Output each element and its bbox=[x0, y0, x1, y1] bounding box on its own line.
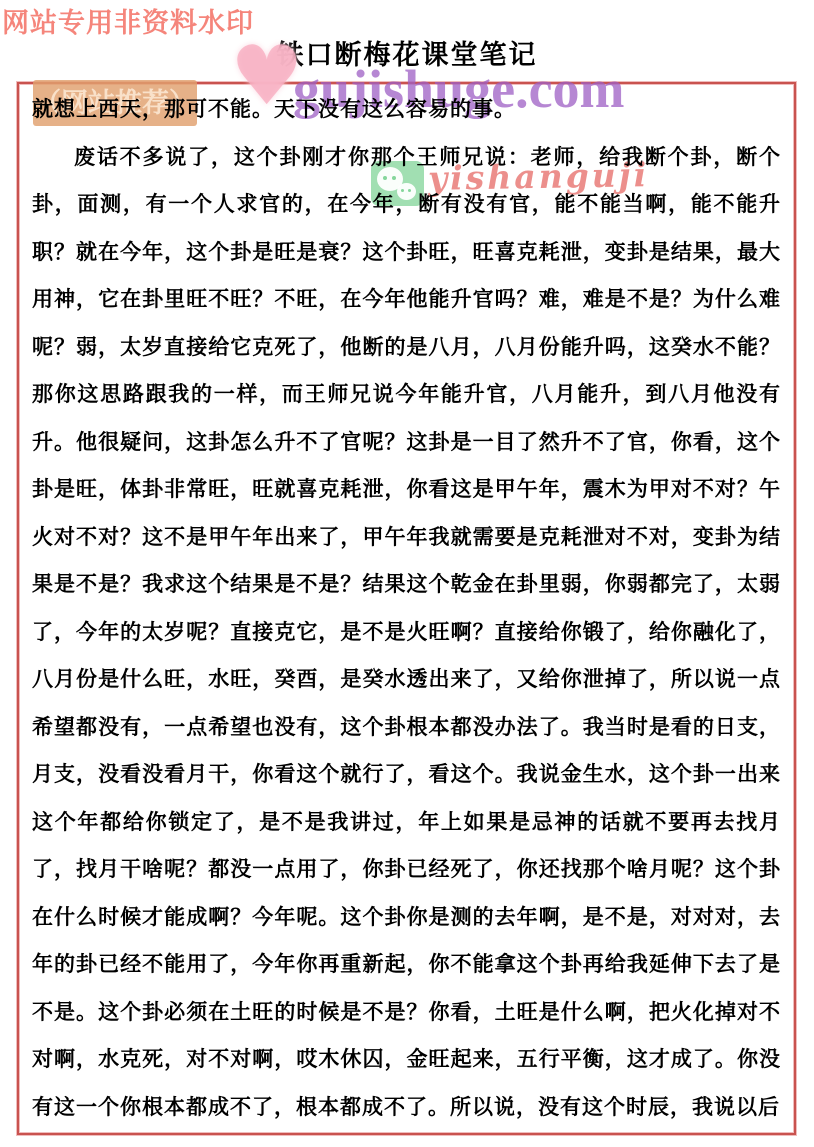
content-box: 就想上西天，那可不能。天下没有这么容易的事。 废话不多说了，这个卦刚才你那个王师… bbox=[17, 82, 796, 1135]
document-page: 网站专用非资料水印 铁口断梅花课堂笔记 就想上西天，那可不能。天下没有这么容易的… bbox=[0, 0, 814, 1147]
paragraph-1: 就想上西天，那可不能。天下没有这么容易的事。 bbox=[32, 86, 781, 134]
paragraph-2: 废话不多说了，这个卦刚才你那个王师兄说：老师，给我断个卦，断个卦，面测，有一个人… bbox=[32, 134, 781, 1132]
